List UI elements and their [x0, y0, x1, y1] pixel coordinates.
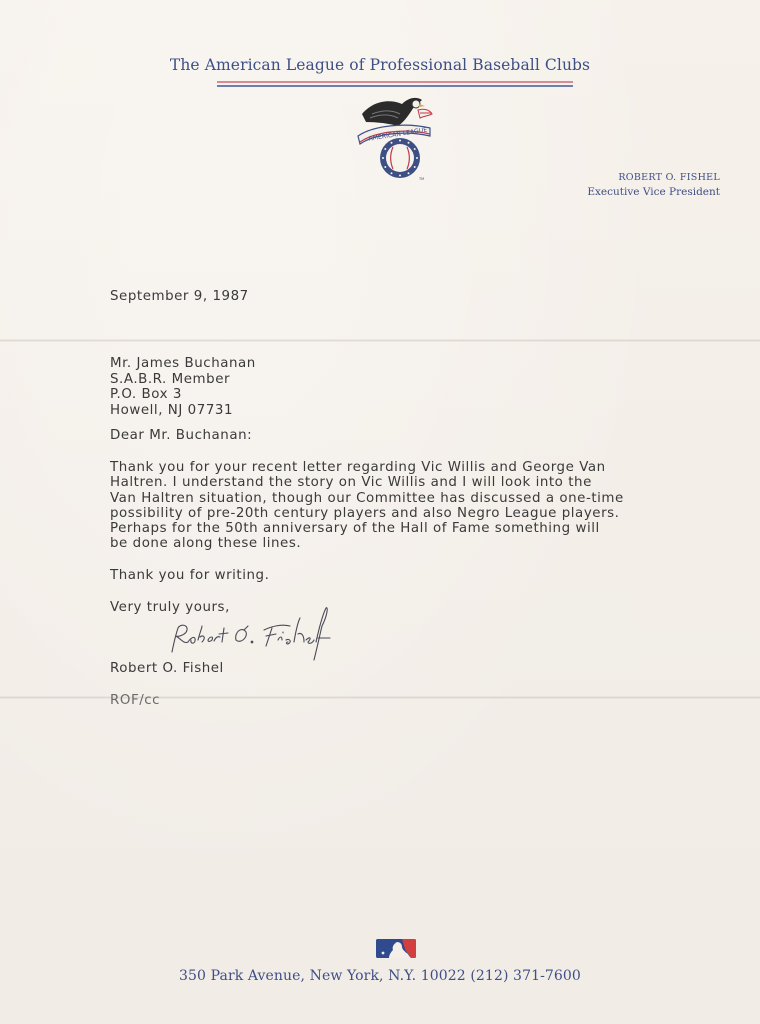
- recipient-address: Mr. James Buchanan S.A.B.R. Member P.O. …: [110, 356, 256, 418]
- american-league-logo-icon: AMERICAN LEAGUE TM: [352, 92, 436, 182]
- salutation: Dear Mr. Buchanan:: [110, 428, 252, 443]
- recipient-line: P.O. Box 3: [110, 387, 256, 403]
- signer-name: Robert O. Fishel: [110, 661, 224, 676]
- executive-title: Executive Vice President: [587, 185, 720, 199]
- body-line: Van Haltren situation, though our Commit…: [110, 491, 710, 506]
- recipient-line: S.A.B.R. Member: [110, 372, 256, 388]
- svg-text:TM: TM: [418, 177, 424, 181]
- body-line: possibility of pre-20th century players …: [110, 506, 710, 521]
- letterhead-rule-blue: [217, 85, 573, 87]
- body-line: Haltren. I understand the story on Vic W…: [110, 475, 710, 490]
- body-line: Thank you for your recent letter regardi…: [110, 460, 710, 475]
- body-line: be done along these lines.: [110, 536, 710, 551]
- letterhead-rule-red: [217, 81, 573, 83]
- executive-block: ROBERT O. FISHEL Executive Vice Presiden…: [587, 171, 720, 199]
- recipient-name: Mr. James Buchanan: [110, 356, 256, 372]
- handwritten-signature: [160, 604, 370, 662]
- mlb-logo-icon: [375, 938, 417, 959]
- footer-address: 350 Park Avenue, New York, N.Y. 10022 (2…: [0, 968, 760, 984]
- body-line: Perhaps for the 50th anniversary of the …: [110, 521, 710, 536]
- closing-thanks: Thank you for writing.: [110, 568, 269, 583]
- reference-initials: ROF/cc: [110, 693, 160, 708]
- executive-name: ROBERT O. FISHEL: [587, 171, 720, 185]
- letter-body: Thank you for your recent letter regardi…: [110, 460, 710, 552]
- recipient-line: Howell, NJ 07731: [110, 403, 256, 419]
- paper-fold-line: [0, 339, 760, 342]
- letter-date: September 9, 1987: [110, 289, 249, 304]
- letterhead-organization: The American League of Professional Base…: [0, 56, 760, 74]
